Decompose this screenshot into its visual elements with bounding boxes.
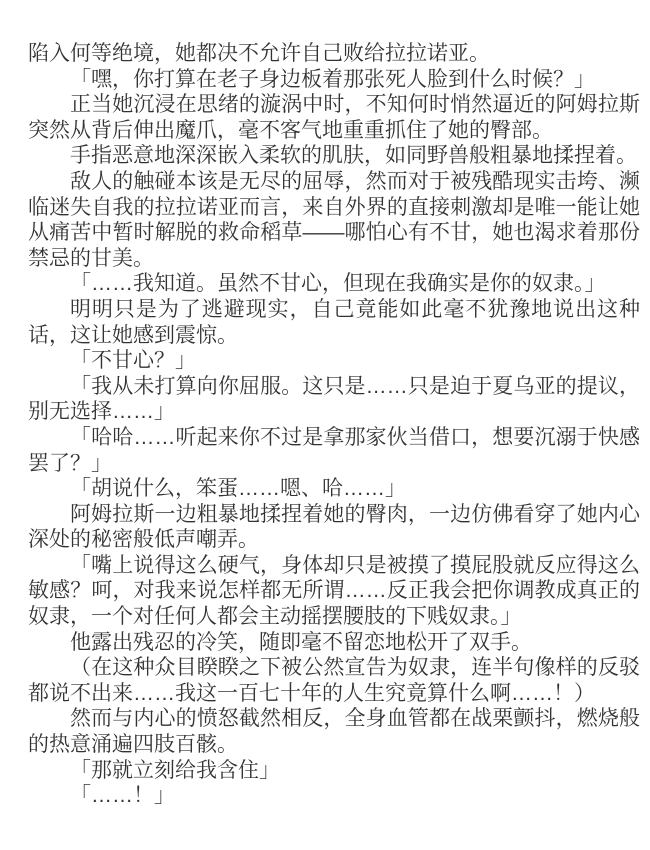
paragraph: 正当她沉浸在思绪的漩涡中时，不知何时悄然逼近的阿姆拉斯突然从背后伸出魔爪，毫不客… [28,92,640,143]
dialogue-line: 「那就立刻给我含住」 [28,758,640,784]
paragraph: 明明只是为了逃避现实，自己竟能如此毫不犹豫地说出这种话，这让她感到震惊。 [28,297,640,348]
dialogue-line: 「胡说什么，笨蛋……嗯、哈……」 [28,476,640,502]
paragraph: 然而与内心的愤怒截然相反，全身血管都在战栗颤抖，燃烧般的热意涌遍四肢百骸。 [28,706,640,757]
inner-monologue-line: （在这种众目睽睽之下被公然宣告为奴隶，连半句像样的反驳都说不出来……我这一百七十… [28,655,640,706]
paragraph: 阿姆拉斯一边粗暴地揉捏着她的臀肉，一边仿佛看穿了她内心深处的秘密般低声嘲弄。 [28,502,640,553]
paragraph: 手指恶意地深深嵌入柔软的肌肤，如同野兽般粗暴地揉捏着。 [28,143,640,169]
novel-text-body: 陷入何等绝境，她都决不允许自己败给拉拉诺亚。 「嘿，你打算在老子身边板着那张死人… [28,41,640,809]
dialogue-line: 「……我知道。虽然不甘心，但现在我确实是你的奴隶。」 [28,271,640,297]
dialogue-line: 「哈哈……听起来你不过是拿那家伙当借口，想要沉溺于快感罢了？」 [28,425,640,476]
dialogue-line: 「不甘心？」 [28,348,640,374]
dialogue-line: 「嘿，你打算在老子身边板着那张死人脸到什么时候？」 [28,67,640,93]
paragraph: 敌人的触碰本该是无尽的屈辱，然而对于被残酷现实击垮、濒临迷失自我的拉拉诺亚而言，… [28,169,640,271]
novel-page: 陷入何等绝境，她都决不允许自己败给拉拉诺亚。 「嘿，你打算在老子身边板着那张死人… [0,0,650,850]
paragraph: 他露出残忍的冷笑，随即毫不留恋地松开了双手。 [28,630,640,656]
dialogue-line: 「嘴上说得这么硬气，身体却只是被摸了摸屁股就反应得这么敏感？呵，对我来说怎样都无… [28,553,640,630]
dialogue-line: 「……！」 [28,783,640,809]
dialogue-line: 「我从未打算向你屈服。这只是……只是迫于夏乌亚的提议，别无选择……」 [28,374,640,425]
paragraph-continuation: 陷入何等绝境，她都决不允许自己败给拉拉诺亚。 [28,41,640,67]
